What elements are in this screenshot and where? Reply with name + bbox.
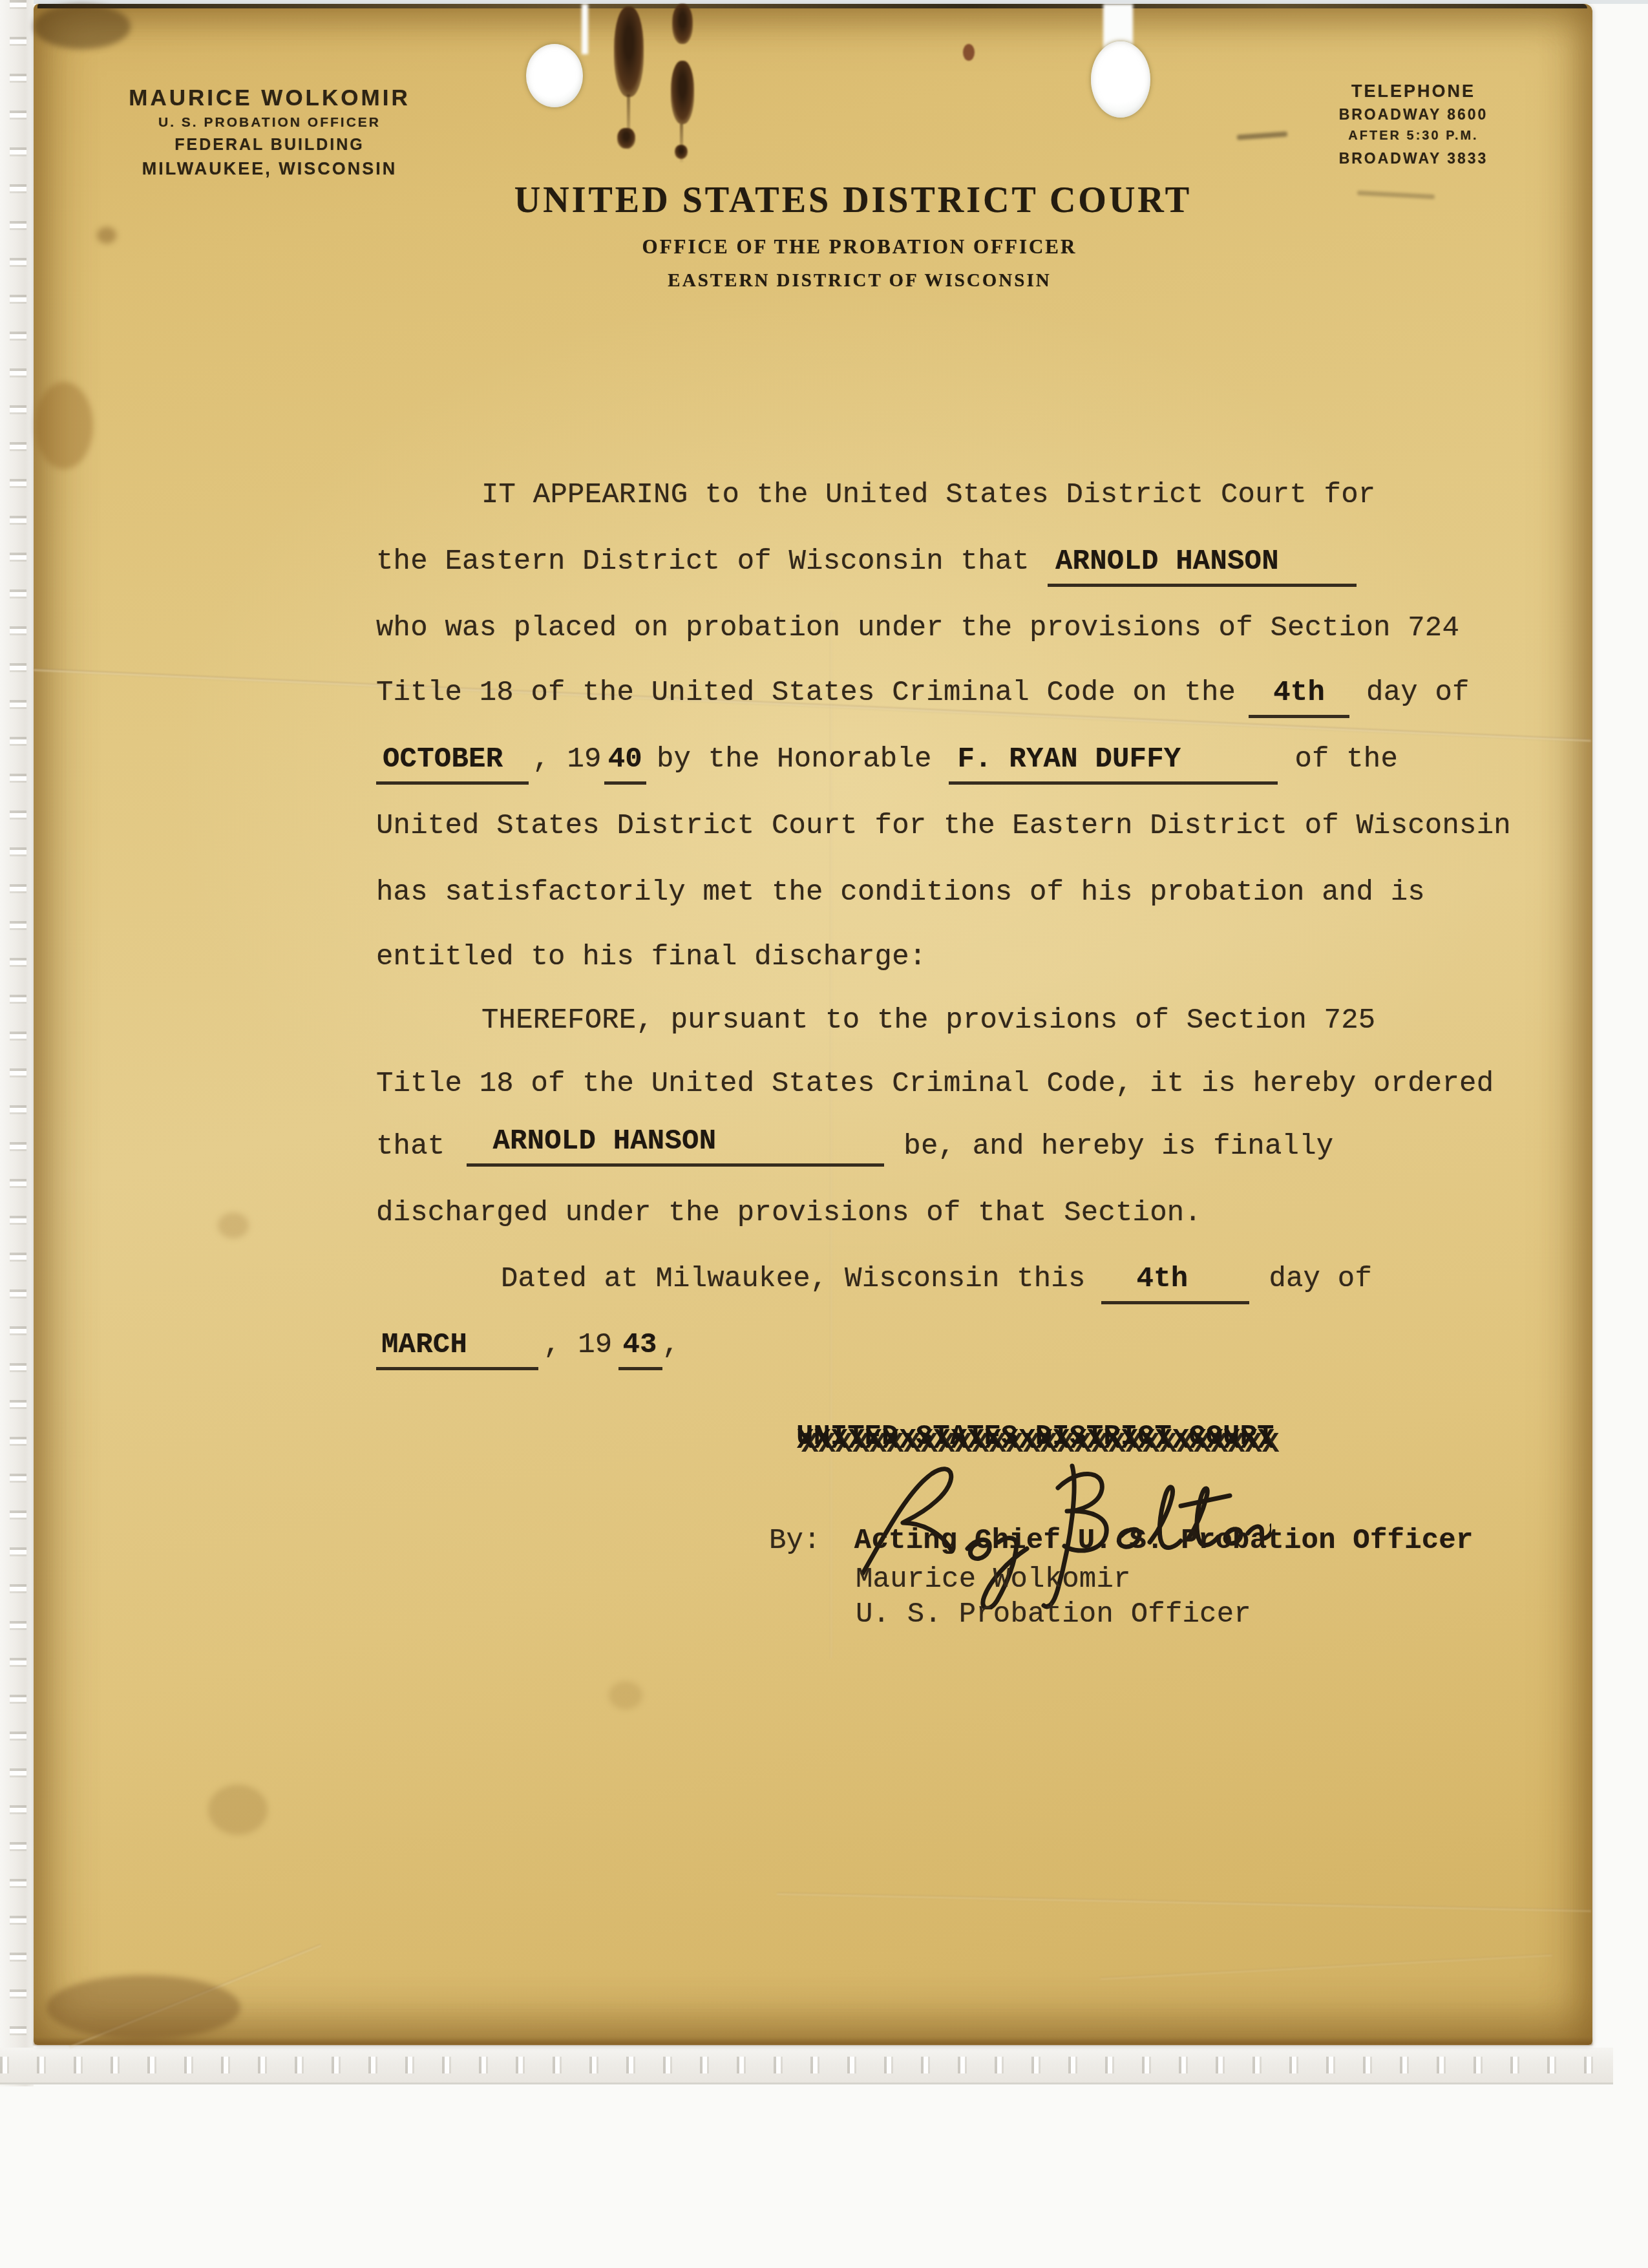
body-line-9: THEREFORE, pursuant to the provisions of… bbox=[481, 1004, 1375, 1037]
paper-top-edge bbox=[37, 4, 1587, 8]
fold-crease-lower bbox=[777, 1892, 1591, 1913]
dated-day-blank: 4th bbox=[1101, 1262, 1250, 1304]
wrinkle-bottom-right bbox=[1100, 1954, 1552, 1981]
ink-spot-red bbox=[963, 44, 975, 61]
court-title: UNITED STATES DISTRICT COURT bbox=[485, 180, 1221, 221]
ink-drip-right-blob-mid bbox=[671, 61, 694, 124]
letterhead-phone-heading: TELEPHONE bbox=[1265, 81, 1562, 101]
dated-year-blank: 43 bbox=[618, 1328, 662, 1370]
ink-drip-left-blob bbox=[614, 6, 644, 97]
dated-month-blank: MARCH bbox=[376, 1328, 538, 1370]
body-line-14: MARCH, 1943, bbox=[376, 1328, 679, 1370]
year-blank: 40 bbox=[604, 743, 646, 785]
body-line-4-text: Title 18 of the United States Criminal C… bbox=[376, 676, 1236, 710]
body-line-3: who was placed on probation under the pr… bbox=[376, 611, 1459, 645]
probationer-name-blank: ARNOLD HANSON bbox=[1048, 545, 1357, 587]
signature-typed-name: Maurice Wolkomir bbox=[856, 1563, 1131, 1596]
letterhead-officer-title: U. S. PROBATION OFFICER bbox=[118, 115, 421, 131]
judge-name-blank: F. RYAN DUFFY bbox=[949, 743, 1278, 785]
body-line-12: discharged under the provisions of that … bbox=[376, 1196, 1201, 1230]
acting-chief-title: Acting Chief U. S. Probation Officer bbox=[854, 1524, 1474, 1558]
letterhead-officer-city: MILWAUKEE, WISCONSIN bbox=[118, 159, 421, 179]
stain-bottom-left-corner bbox=[47, 1975, 240, 2040]
by-label: By: bbox=[769, 1524, 821, 1558]
body-line-10: Title 18 of the United States Criminal C… bbox=[376, 1067, 1494, 1101]
paper-bottom-edge bbox=[34, 2037, 1592, 2045]
stain-lower-left bbox=[208, 1785, 268, 1835]
stain-mid-left bbox=[218, 1213, 249, 1238]
body-line-4-tail: day of bbox=[1366, 676, 1470, 710]
month-blank: OCTOBER bbox=[376, 743, 529, 785]
ink-drip-left-dot bbox=[617, 128, 635, 149]
body-line-8: entitled to his final discharge: bbox=[376, 940, 926, 974]
day-blank: 4th bbox=[1249, 676, 1349, 718]
court-district-line: EASTERN DISTRICT OF WISCONSIN bbox=[614, 270, 1105, 291]
court-office-line: OFFICE OF THE PROBATION OFFICER bbox=[614, 235, 1105, 259]
letterhead-phone-evening: BROADWAY 3833 bbox=[1265, 150, 1562, 167]
hole-punch-left-tear bbox=[582, 4, 588, 54]
dated-at-text: Dated at Milwaukee, Wisconsin this bbox=[501, 1262, 1086, 1296]
letterhead-officer-building: FEDERAL BUILDING bbox=[118, 136, 421, 154]
body-line-6: United States District Court for the Eas… bbox=[376, 809, 1511, 843]
scanned-document-page: MAURICE WOLKOMIR U. S. PROBATION OFFICER… bbox=[0, 0, 1648, 2268]
dated-year-prefix: , 19 bbox=[544, 1328, 612, 1362]
letterhead-phone-day: BROADWAY 8600 bbox=[1265, 106, 1562, 123]
letterhead-phone-after-hours: AFTER 5:30 P.M. bbox=[1265, 129, 1562, 143]
signature-by-line: By:Acting Chief U. S. Probation Officer bbox=[769, 1524, 1474, 1558]
ink-drip-right-dot bbox=[675, 145, 688, 159]
body-line-4: Title 18 of the United States Criminal C… bbox=[376, 676, 1470, 718]
body-line-13-tail: day of bbox=[1269, 1262, 1372, 1296]
body-line-1: IT APPEARING to the United States Distri… bbox=[481, 478, 1375, 512]
body-line-7: has satisfactorily met the conditions of… bbox=[376, 876, 1425, 909]
stain-left-edge bbox=[35, 382, 93, 469]
body-line-5: OCTOBER, 1940by the HonorableF. RYAN DUF… bbox=[376, 743, 1398, 785]
stain-center-lower bbox=[609, 1681, 642, 1710]
body-line-14-comma: , bbox=[662, 1328, 680, 1362]
probationer-name-blank-2: ARNOLD HANSON bbox=[467, 1125, 884, 1167]
plastic-sleeve-left-edge bbox=[0, 0, 34, 2086]
body-line-11: thatARNOLD HANSONbe, and hereby is final… bbox=[376, 1130, 1333, 1172]
body-line-2-text: the Eastern District of Wisconsin that bbox=[376, 545, 1030, 578]
stain-small-upper-left bbox=[97, 227, 116, 244]
body-line-11-tail: be, and hereby is finally bbox=[903, 1130, 1333, 1163]
year-prefix: , 19 bbox=[533, 743, 601, 776]
ink-drip-right-blob-top bbox=[672, 4, 693, 44]
body-line-13: Dated at Milwaukee, Wisconsin this4thday… bbox=[501, 1262, 1372, 1304]
signature-typed-title: U. S. Probation Officer bbox=[856, 1598, 1251, 1631]
body-line-5-tail: of the bbox=[1294, 743, 1398, 776]
honorable-text: by the Honorable bbox=[657, 743, 932, 776]
letter-paper: MAURICE WOLKOMIR U. S. PROBATION OFFICER… bbox=[34, 4, 1592, 2045]
body-line-2: the Eastern District of Wisconsin thatAR… bbox=[376, 545, 1357, 587]
pen-smear-lower bbox=[1357, 191, 1435, 199]
stain-corner-top-left bbox=[34, 4, 131, 49]
letterhead-officer-name: MAURICE WOLKOMIR bbox=[118, 85, 421, 111]
hole-punch-left bbox=[526, 44, 583, 107]
hole-punch-right bbox=[1091, 41, 1150, 118]
plastic-sleeve-bottom-edge bbox=[0, 2048, 1613, 2084]
body-line-11-text: that bbox=[376, 1130, 445, 1163]
